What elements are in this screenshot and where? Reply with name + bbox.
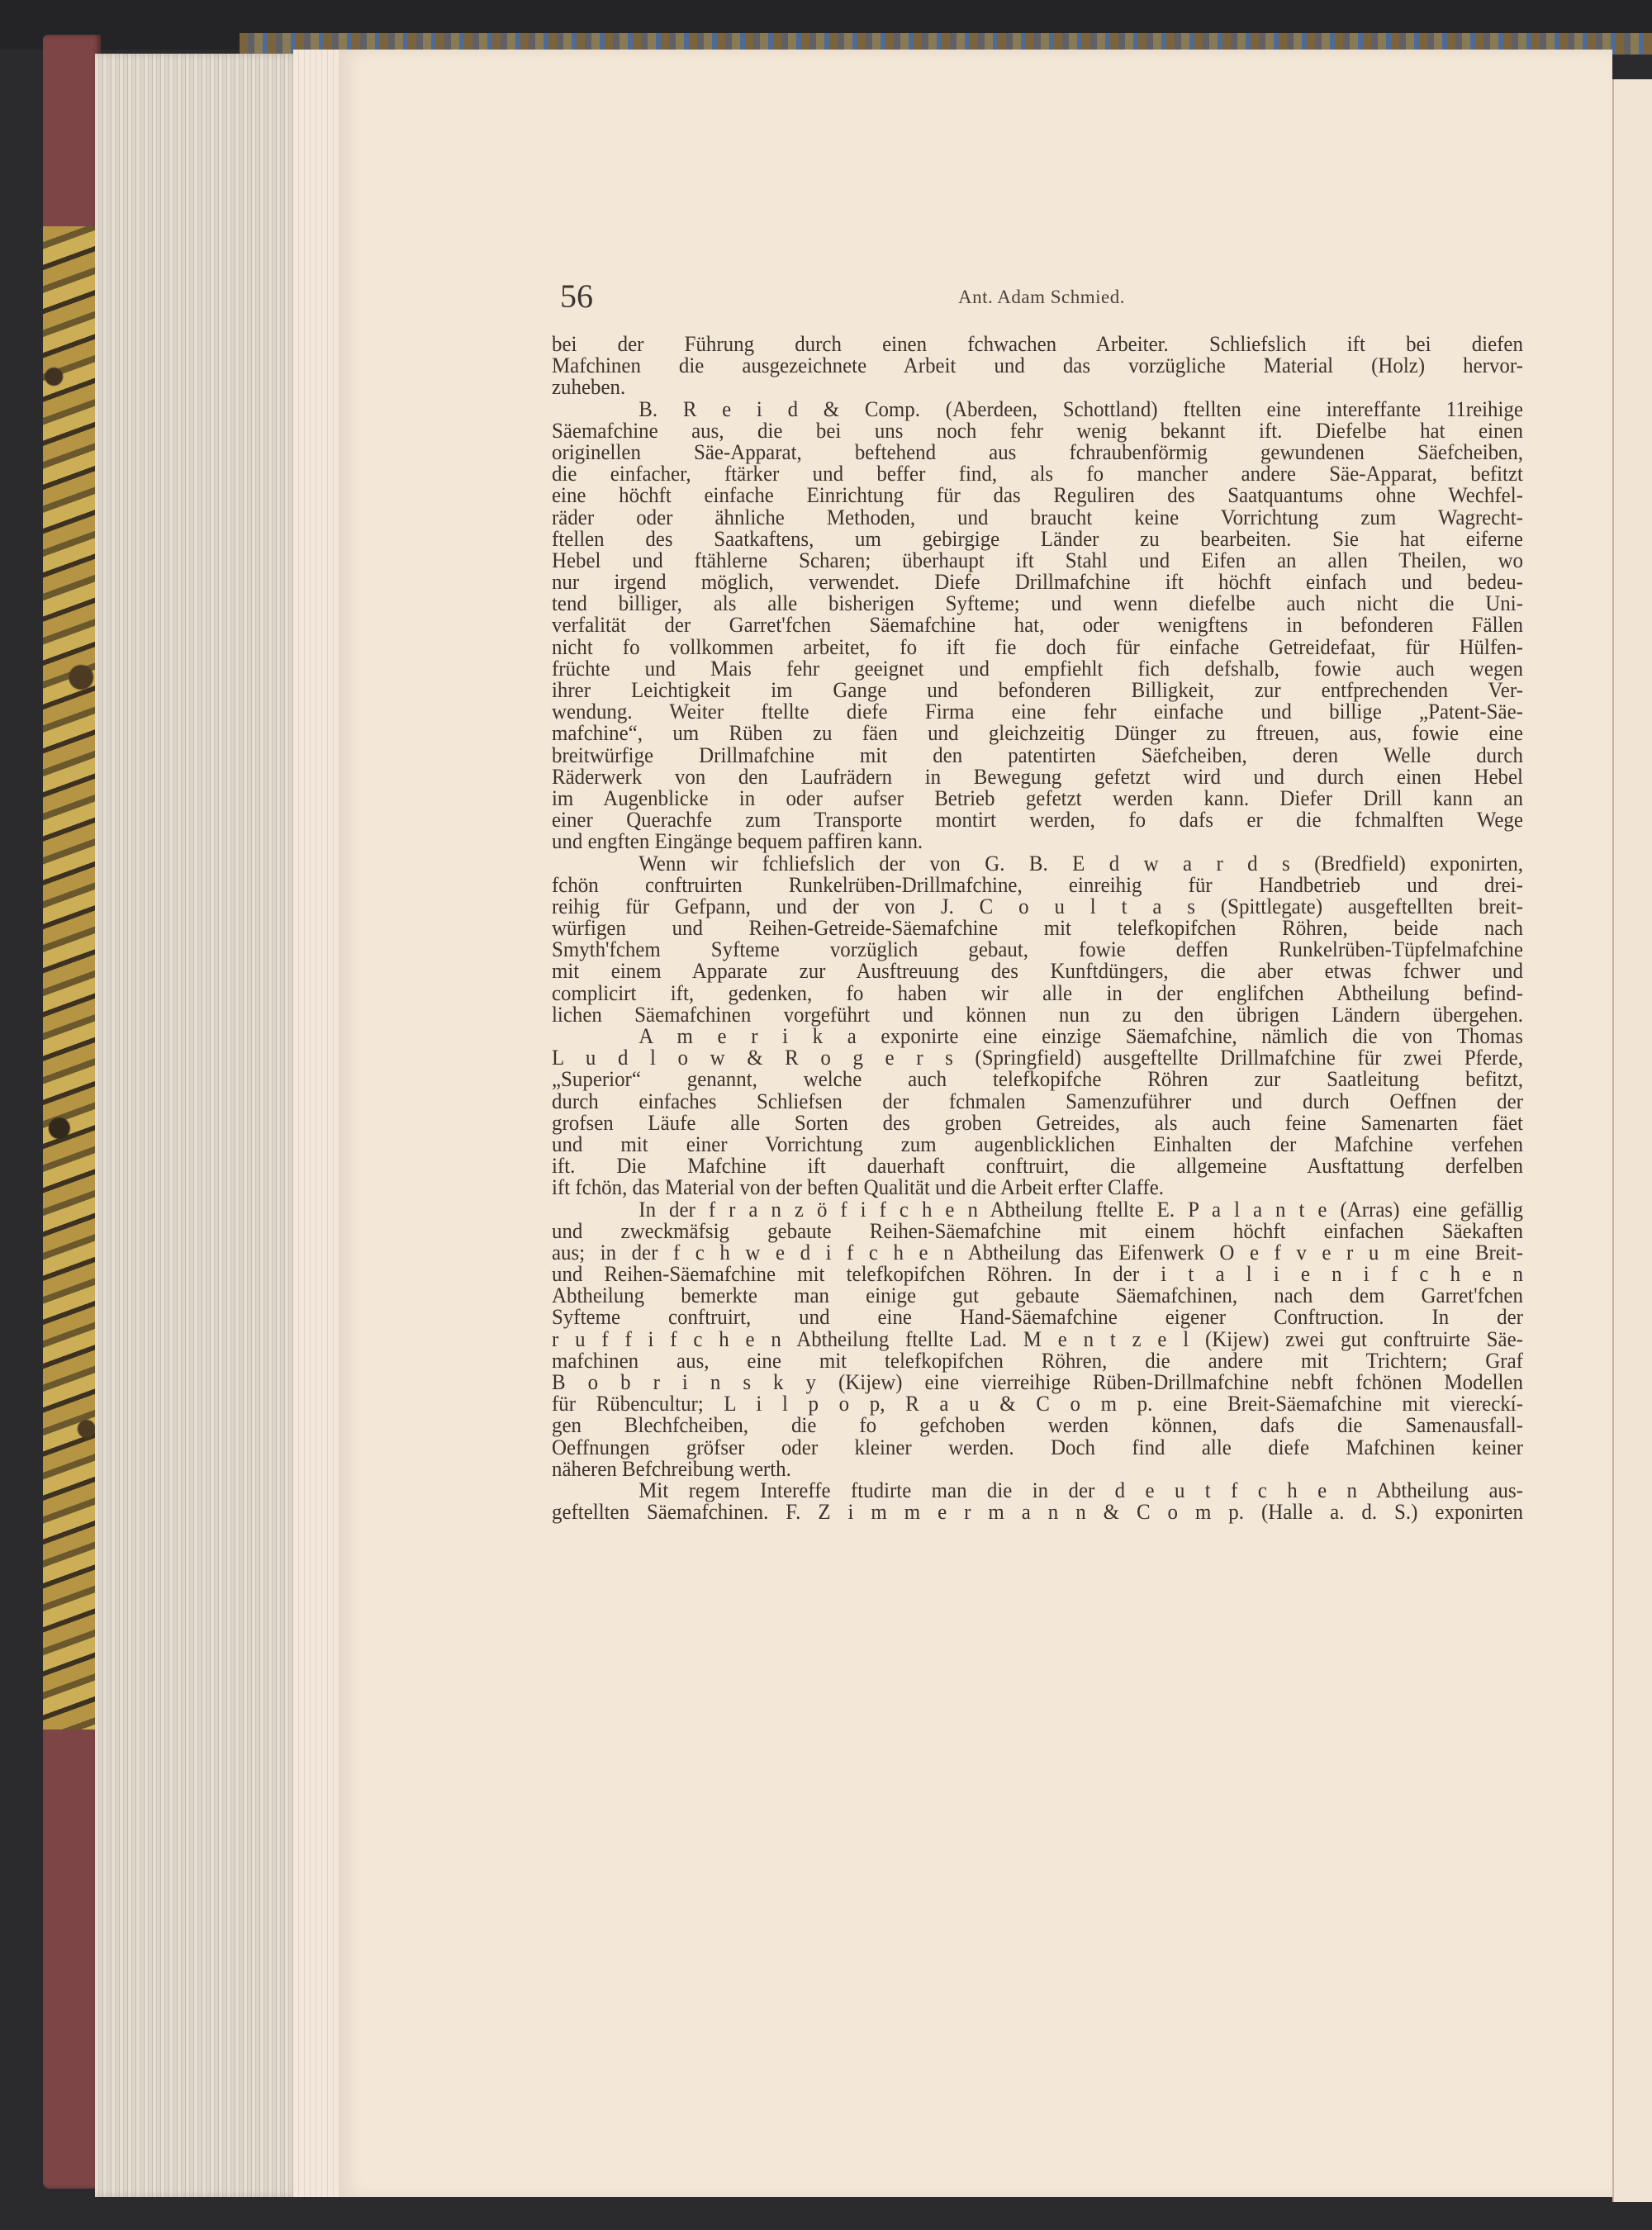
- text-line: näheren Befchreibung werth.: [552, 1458, 1523, 1479]
- text-line: wendung. Weiter ftellte diefe Firma eine…: [552, 700, 1523, 722]
- text-line: Abtheilung bemerkte man einige gut gebau…: [552, 1284, 1523, 1306]
- text-line: nur irgend möglich, verwendet. Diefe Dri…: [552, 571, 1523, 592]
- text-line: L u d l o w & R o g e r s (Springfield) …: [552, 1046, 1523, 1068]
- text-line: ftellen des Saatkaftens, um gebirgige Lä…: [552, 528, 1523, 549]
- text-line: im Augenblicke in oder aufser Betrieb ge…: [552, 787, 1523, 809]
- text-line: Säemafchine aus, die bei uns noch fehr w…: [552, 420, 1523, 441]
- text-line: grofsen Läufe alle Sorten des groben Get…: [552, 1112, 1523, 1133]
- text-line: B. R e i d & Comp. (Aberdeen, Schottland…: [552, 398, 1523, 420]
- text-line: ift. Die Mafchine ift dauerhaft conftrui…: [552, 1155, 1523, 1176]
- text-line: lichen Säemafchinen vorgeführt und könne…: [552, 1003, 1523, 1025]
- text-line: und Reihen-Säemafchine mit telefkopifche…: [552, 1263, 1523, 1284]
- text-line: Syfteme conftruirt, und eine Hand-Säemaf…: [552, 1306, 1523, 1327]
- text-line: tend billiger, als alle bisherigen Syfte…: [552, 592, 1523, 614]
- text-line: zuheben.: [552, 376, 1523, 397]
- facing-page-edge: [1612, 79, 1652, 2202]
- text-line: mafchinen aus, eine mit telefkopifchen R…: [552, 1350, 1523, 1371]
- text-line: geftellten Säemafchinen. F. Z i m m e r …: [552, 1501, 1523, 1522]
- text-line: originellen Säe-Apparat, beftehend aus f…: [552, 441, 1523, 463]
- text-line: früchte und Mais fehr geeignet und empfi…: [552, 657, 1523, 679]
- text-line: reihig für Gefpann, und der von J. C o u…: [552, 895, 1523, 917]
- text-line: gen Blechfcheiben, die fo gefchoben werd…: [552, 1414, 1523, 1435]
- text-line: für Rübencultur; L i l p o p, R a u & C …: [552, 1393, 1523, 1414]
- body-text: bei der Führung durch einen fchwachen Ar…: [552, 333, 1523, 1522]
- running-head: Ant. Adam Schmied.: [560, 287, 1523, 308]
- text-line: die einfacher, ftärker und beffer find, …: [552, 463, 1523, 484]
- text-line: mafchine“, um Rüben zu fäen und gleichze…: [552, 722, 1523, 743]
- text-line: A m e r i k a exponirte eine einzige Säe…: [552, 1025, 1523, 1046]
- text-line: Räderwerk von den Laufrädern in Bewegung…: [552, 766, 1523, 787]
- text-line: einer Querachfe zum Transporte montirt w…: [552, 809, 1523, 830]
- text-line: und mit einer Vorrichtung zum augenblick…: [552, 1133, 1523, 1155]
- text-line: und engften Eingänge bequem paffiren kan…: [552, 830, 1523, 852]
- book-page-edges-inner: [293, 50, 343, 2197]
- text-line: würfigen und Reihen-Getreide-Säemafchine…: [552, 917, 1523, 938]
- text-line: ihrer Leichtigkeit im Gange und befonder…: [552, 679, 1523, 700]
- text-line: durch einfaches Schliefsen der fchmalen …: [552, 1090, 1523, 1112]
- text-line: Smyth'fchem Syfteme vorzüglich gebaut, f…: [552, 938, 1523, 960]
- text-line: aus; in der f c h w e d i f c h e n Abth…: [552, 1241, 1523, 1263]
- text-line: nicht fo vollkommen arbeitet, fo ift fie…: [552, 636, 1523, 657]
- text-line: und zweckmäfsig gebaute Reihen-Säemafchi…: [552, 1220, 1523, 1241]
- text-line: eine höchft einfache Einrichtung für das…: [552, 484, 1523, 505]
- text-line: räder oder ähnliche Methoden, und brauch…: [552, 506, 1523, 528]
- text-line: fchön conftruirten Runkelrüben-Drillmafc…: [552, 874, 1523, 895]
- book-cover-marbled-paper: [43, 226, 97, 1729]
- text-line: r u f f i f c h e n Abtheilung ftellte L…: [552, 1328, 1523, 1350]
- text-line: Mit regem Intereffe ftudirte man die in …: [552, 1479, 1523, 1501]
- text-line: Mafchinen die ausgezeichnete Arbeit und …: [552, 354, 1523, 376]
- page-header: 56 Ant. Adam Schmied.: [560, 277, 1523, 326]
- book-page-edges: [95, 54, 318, 2197]
- text-line: breitwürfige Drillmafchine mit den paten…: [552, 744, 1523, 766]
- text-line: Oeffnungen gröfser oder kleiner werden. …: [552, 1436, 1523, 1458]
- text-line: „Superior“ genannt, welche auch telefkop…: [552, 1068, 1523, 1089]
- text-line: bei der Führung durch einen fchwachen Ar…: [552, 333, 1523, 354]
- text-line: Hebel und ftählerne Scharen; überhaupt i…: [552, 549, 1523, 571]
- text-line: mit einem Apparate zur Ausftreuung des K…: [552, 960, 1523, 981]
- text-line: verfalität der Garret'fchen Säemafchine …: [552, 614, 1523, 635]
- text-line: B o b r i n s k y (Kijew) eine vierreihi…: [552, 1371, 1523, 1393]
- text-line: complicirt ift, gedenken, fo haben wir a…: [552, 982, 1523, 1003]
- text-line: Wenn wir fchliefslich der von G. B. E d …: [552, 852, 1523, 874]
- text-line: ift fchön, das Material von der beften Q…: [552, 1176, 1523, 1198]
- text-line: In der f r a n z ö f i f c h e n Abtheil…: [552, 1198, 1523, 1220]
